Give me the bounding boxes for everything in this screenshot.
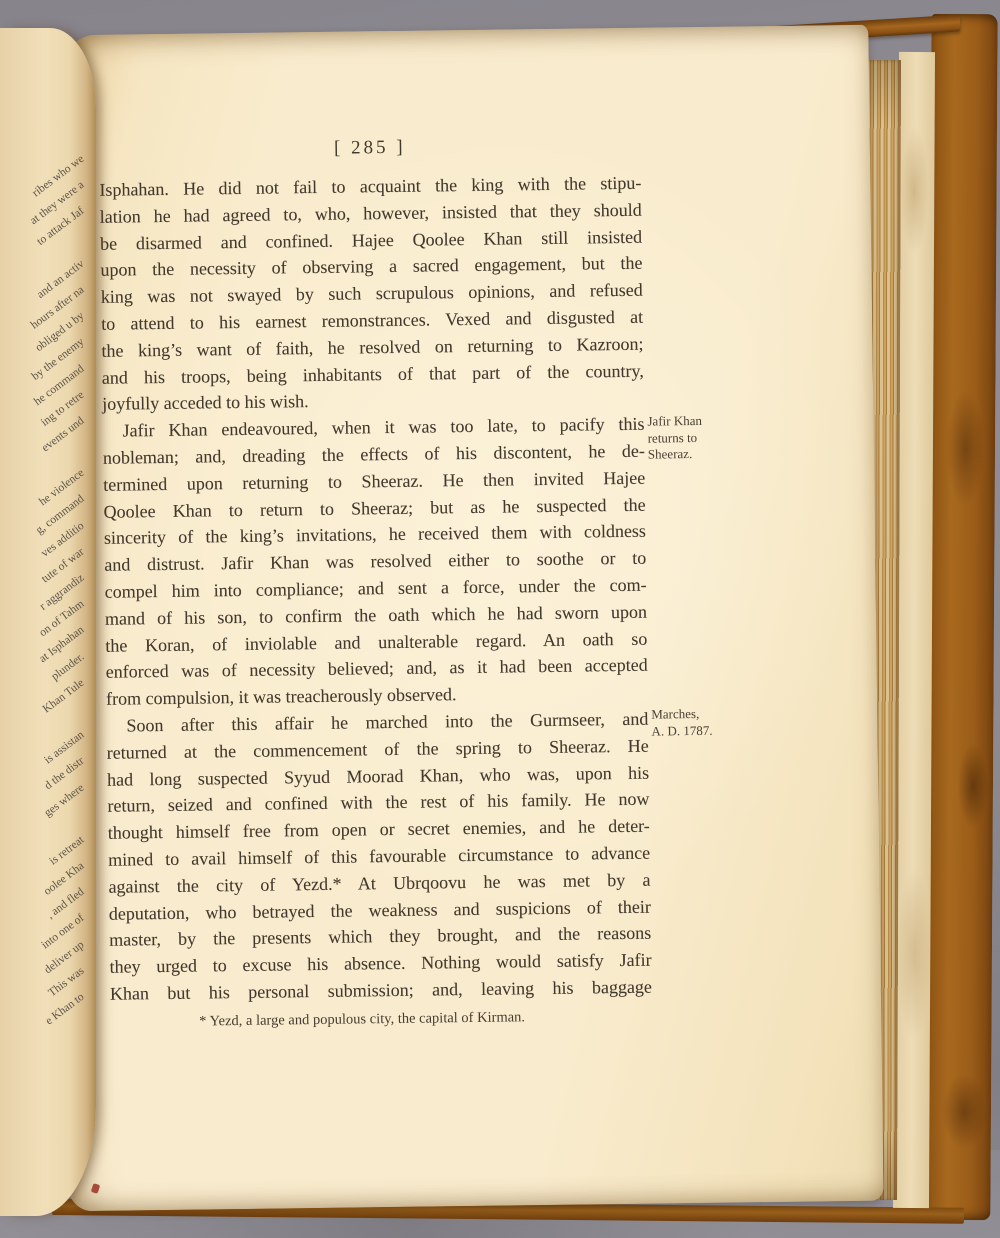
facing-page-curl: ribes who weat they were ato attack Jafa… bbox=[0, 28, 96, 1216]
sidenote-line: Jafir Khan bbox=[647, 412, 745, 430]
sidenote-line: Marches, bbox=[651, 705, 749, 723]
paragraph-jafir-khan-returns: Jafir Khan endeavoured, when it was too … bbox=[102, 411, 648, 713]
facing-page-text-fragments: ribes who weat they were ato attack Jafa… bbox=[0, 150, 92, 1014]
paragraph-marches-gurmseer: Soon after this affair he marched into t… bbox=[106, 706, 652, 1008]
paragraph-isphahan: Isphahan. He did not fail to acquaint th… bbox=[99, 170, 644, 418]
book-photograph: ribes who weat they were ato attack Jafa… bbox=[0, 0, 1000, 1238]
sidenote-line: returns to bbox=[648, 429, 746, 447]
sidenote-line: A. D. 1787. bbox=[651, 722, 749, 740]
sidenote-jafir-khan-returns: Jafir Khanreturns toSheeraz. bbox=[647, 412, 746, 463]
sidenote-marches-1787: Marches,A. D. 1787. bbox=[651, 705, 749, 739]
book-page-285: [ 285 ] Isphahan. He did not fail to acq… bbox=[50, 25, 883, 1212]
sidenote-line: Sheeraz. bbox=[648, 445, 746, 463]
body-text-block: Isphahan. He did not fail to acquaint th… bbox=[99, 170, 652, 1008]
footnote-yezd: * Yezd, a large and populous city, the c… bbox=[199, 1008, 659, 1031]
leather-cover-right-edge bbox=[924, 14, 997, 1220]
page-number: [ 285 ] bbox=[99, 134, 641, 163]
